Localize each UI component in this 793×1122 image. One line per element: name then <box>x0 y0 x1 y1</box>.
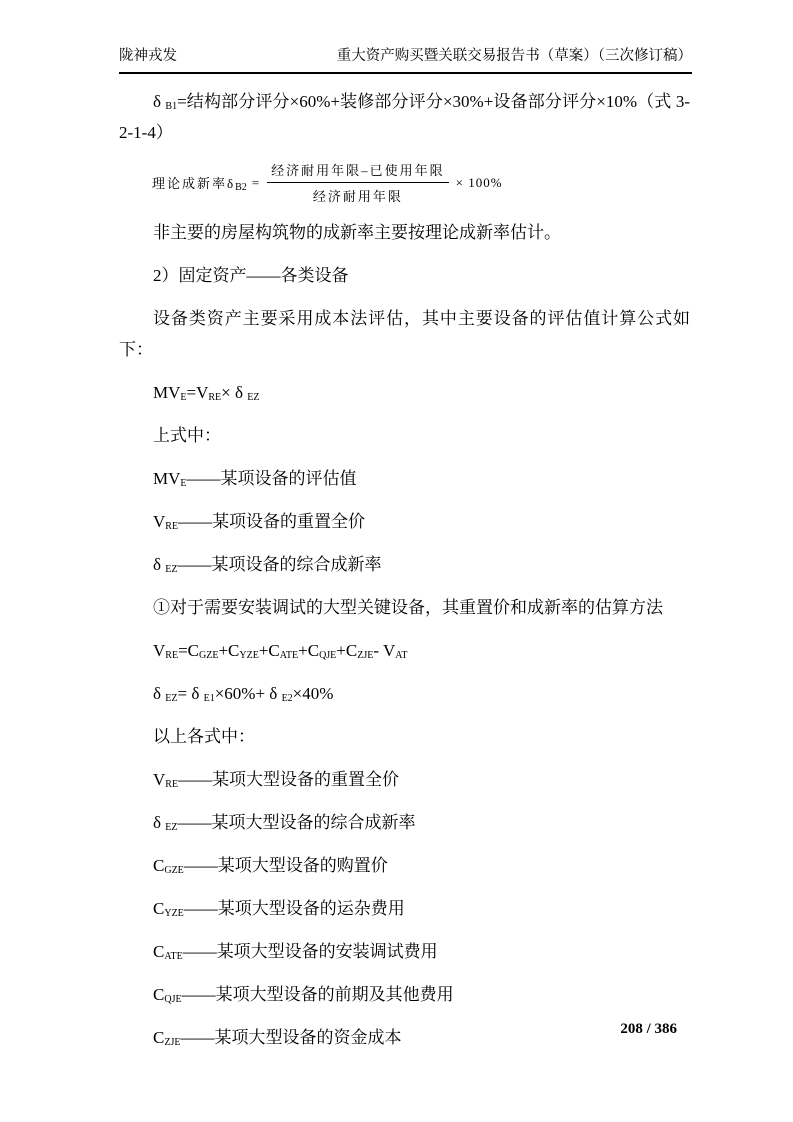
page-header: 陇神戎发 重大资产购买暨关联交易报告书（草案）（三次修订稿） <box>119 47 692 74</box>
formula-lead: 理论成新率δB2 <box>152 173 247 192</box>
subscript: RE <box>165 521 178 532</box>
subscript: E <box>180 478 186 489</box>
subscript: RE <box>208 392 221 403</box>
paragraph: CYZE——某项大型设备的运杂费用 <box>119 893 690 924</box>
subscript: QJE <box>319 650 336 661</box>
subscript: AT <box>395 650 407 661</box>
header-report-title: 重大资产购买暨关联交易报告书（草案）（三次修订稿） <box>337 47 692 66</box>
paragraph: 2）固定资产——各类设备 <box>119 260 690 291</box>
paragraph: 非主要的房屋构筑物的成新率主要按理论成新率估计。 <box>119 217 690 248</box>
subscript: E2 <box>282 693 293 704</box>
subscript: E <box>180 392 186 403</box>
document-page: 陇神戎发 重大资产购买暨关联交易报告书（草案）（三次修订稿） δ B1=结构部分… <box>0 0 793 1122</box>
paragraph: CZJE——某项大型设备的资金成本 <box>119 1022 690 1053</box>
paragraph: CATE——某项大型设备的安装调试费用 <box>119 936 690 967</box>
formula-lead-subscript: B2 <box>235 182 247 193</box>
subscript: EZ <box>165 693 177 704</box>
fraction: 经济耐用年限–已使用年限经济耐用年限 <box>267 160 449 205</box>
subscript: ZJE <box>357 650 373 661</box>
document-body: δ B1=结构部分评分×60%+装修部分评分×30%+设备部分评分×10%（式 … <box>119 74 690 1065</box>
subscript: RE <box>165 650 178 661</box>
fraction-denominator: 经济耐用年限 <box>267 183 449 205</box>
header-company-name: 陇神戎发 <box>119 47 177 66</box>
subscript: YZE <box>164 908 183 919</box>
subscript: B1 <box>165 101 177 112</box>
subscript: ATE <box>280 650 298 661</box>
paragraph: δ EZ——某项设备的综合成新率 <box>119 549 690 580</box>
subscript: EZ <box>165 564 177 575</box>
formula-multiplier: × 100% <box>456 175 503 191</box>
subscript: GZE <box>164 865 183 876</box>
paragraph: CQJE——某项大型设备的前期及其他费用 <box>119 979 690 1010</box>
page-number: 208 / 386 <box>620 1021 677 1037</box>
subscript: E1 <box>204 693 215 704</box>
subscript: ZJE <box>164 1037 180 1048</box>
paragraph: ①对于需要安装调试的大型关键设备，其重置价和成新率的估算方法 <box>119 592 690 623</box>
paragraph: δ EZ= δ E1×60%+ δ E2×40% <box>119 678 690 709</box>
page-footer: 208 / 386 <box>620 1021 677 1038</box>
subscript: ATE <box>164 951 182 962</box>
paragraph: CGZE——某项大型设备的购置价 <box>119 850 690 881</box>
paragraph: MVE——某项设备的评估值 <box>119 463 690 494</box>
subscript: GZE <box>199 650 218 661</box>
theoretical-newness-rate-formula: 理论成新率δB2=经济耐用年限–已使用年限经济耐用年限× 100% <box>152 160 690 205</box>
subscript: QJE <box>164 994 181 1005</box>
paragraph: 上式中： <box>119 420 690 451</box>
subscript: YZE <box>239 650 258 661</box>
paragraph: 设备类资产主要采用成本法评估，其中主要设备的评估值计算公式如下： <box>119 303 690 365</box>
paragraph: VRE——某项大型设备的重置全价 <box>119 764 690 795</box>
subscript: EZ <box>165 822 177 833</box>
equals-sign: = <box>252 175 259 191</box>
paragraph: 以上各式中： <box>119 721 690 752</box>
subscript: RE <box>165 779 178 790</box>
paragraph: VRE——某项设备的重置全价 <box>119 506 690 537</box>
fraction-numerator: 经济耐用年限–已使用年限 <box>267 160 449 183</box>
paragraph: MVE=VRE× δ EZ <box>119 377 690 408</box>
paragraph: VRE=CGZE+CYZE+CATE+CQJE+CZJE- VAT <box>119 635 690 666</box>
paragraph: δ EZ——某项大型设备的综合成新率 <box>119 807 690 838</box>
subscript: EZ <box>247 392 259 403</box>
paragraph: δ B1=结构部分评分×60%+装修部分评分×30%+设备部分评分×10%（式 … <box>119 86 690 148</box>
